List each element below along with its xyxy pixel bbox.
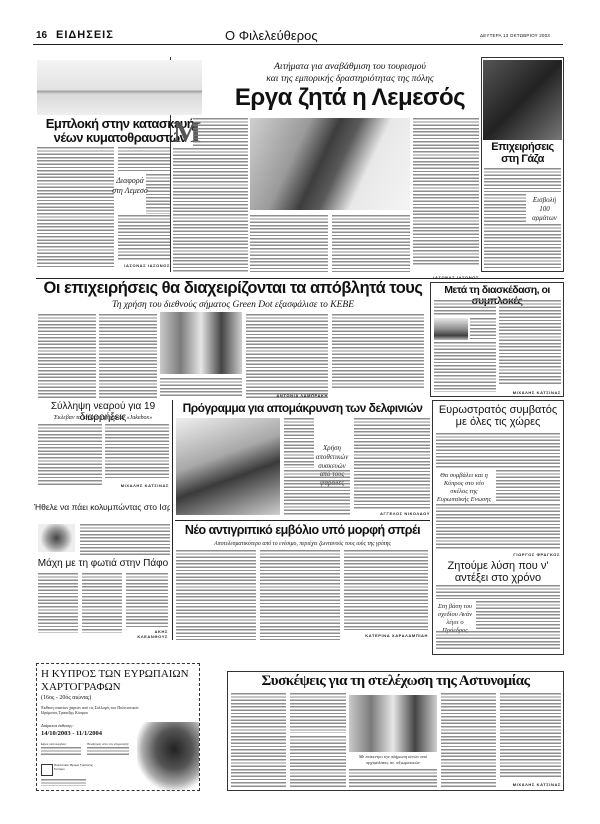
ad-title-line2: ΧΑΡΤΟΓΡΑΦΩΝ [41, 681, 121, 693]
byline-dolphins: ΑΓΓΕΛΟΣ ΝΙΚΟΛΑΟΥ [354, 511, 430, 516]
body-text-limassol-3 [250, 215, 328, 272]
body-text-brawl-1 [434, 300, 496, 316]
police-car-photo [434, 318, 468, 340]
body-text-fire-3 [126, 573, 168, 627]
body-text-waste-5 [332, 314, 424, 390]
kicker-limassol-1: Αιτήματα για αναβάθμιση του τουρισμού [200, 62, 500, 72]
body-text-waste-2 [99, 314, 157, 398]
subhead-waste: Τη χρήση του διεθνούς σήματος Green Dot … [38, 300, 428, 310]
body-text-brawl-2 [470, 318, 496, 340]
subhead-vaccine: Αποτελεσματικότερο από το ενέσιμο, περιέ… [175, 541, 430, 547]
body-text-fire-1 [38, 573, 78, 633]
body-text-euroarmy-3 [436, 504, 560, 550]
body-text-limassol-1 [193, 118, 248, 146]
headline-police: Συσκέψεις για τη στελέχωση της Αστυνομία… [229, 674, 562, 690]
kicker-limassol-2: και της εμπορικής δραστηριότητας της πόλ… [200, 74, 500, 84]
body-text-waste-3 [160, 378, 242, 398]
body-text-solution-2 [476, 601, 560, 629]
body-text-breakwaters [37, 147, 114, 267]
body-text-limassol-4 [332, 215, 410, 272]
body-text-dolphins-3 [354, 418, 430, 510]
masthead-rule [33, 44, 563, 45]
headline-dolphins: Πρόγραμμα για απομάκρυνση των δελφινιών [175, 402, 430, 415]
body-text-euroarmy-1 [436, 433, 560, 469]
body-text-police-2 [290, 693, 346, 733]
byline-waste: ΑΝΤΩΝΙΑ ΛΑΜΠΡΑΚΗ [246, 393, 328, 398]
waste-photo [160, 312, 242, 374]
ad-description: Έκθεση σπανίων χαρτών από τις Συλλογές τ… [41, 705, 156, 715]
ad-hours-label: Ώρες λειτουργίας: [41, 742, 67, 746]
ad-footer-text [41, 779, 86, 786]
body-text-euroarmy-2 [496, 470, 560, 502]
body-text-waste-1 [38, 314, 96, 398]
headline-solution: Ζητούμε λύση που ν' αντέξει στο χρόνο [434, 560, 562, 584]
body-text-breakwaters-3 [146, 174, 170, 214]
headline-waste: Οι επιχειρήσεις θα διαχειρίζονται τα από… [38, 280, 428, 297]
body-text-swimmer [80, 524, 170, 556]
divider-vaccine [175, 520, 430, 521]
antique-map-illustration [137, 722, 199, 790]
body-text-limassol-2 [173, 148, 248, 272]
body-text-limassol-5 [413, 118, 479, 266]
ad-title-line1: Η ΚΥΠΡΟΣ ΤΩΝ ΕΥΡΩΠΑΙΩΝ [41, 668, 189, 680]
headline-limassol: Εργα ζητά η Λεμεσός [200, 85, 500, 110]
body-text-vaccine-2 [260, 550, 340, 640]
byline-brawl: ΜΙΧΑΛΗΣ ΚΑΤΣΙΝΑΣ [499, 390, 561, 395]
ad-dates: 14/10/2003 - 11/1/2004 [41, 730, 102, 737]
byline-jukebox: ΜΙΧΑΛΗΣ ΚΑΤΣΙΝΑΣ [105, 483, 169, 488]
byline-police: ΜΙΧΑΛΗΣ ΚΑΤΣΙΝΑΣ [500, 782, 561, 787]
byline-euroarmy: ΓΙΩΡΓΟΣ ΦΡΑΓΚΟΣ [496, 552, 560, 557]
headline-vaccine: Νέο αντιγριπικό εμβόλιο υπό μορφή σπρέι [175, 524, 430, 537]
body-text-police-4 [349, 769, 437, 787]
headline-swimmer: Ήθελε να πάει κολυμπώντας στο Ισραήλ [34, 503, 170, 512]
divider-col-left [172, 400, 173, 640]
byline-fire: ΑΚΗΣ ΚΛΕΑΝΘΟΥΣ [126, 629, 168, 639]
dolphins-photo [176, 418, 280, 515]
subhead-jukebox: Έκλεβαν τα κέρματα μηχανών «Jukebox» [36, 415, 170, 421]
beach-photo [37, 60, 202, 115]
limassol-seafront-photo [250, 118, 410, 210]
body-text-gaza-2 [484, 194, 526, 222]
sponsor-logo-icon [41, 764, 53, 776]
body-text-brawl-3 [434, 342, 496, 392]
body-text-dolphins-1 [284, 418, 314, 468]
body-text-fire-2 [82, 573, 122, 633]
body-text-waste-4 [246, 314, 328, 398]
body-text-breakwaters-4 [118, 215, 170, 260]
body-text-vaccine-3 [344, 550, 428, 630]
body-text-solution-3 [436, 631, 560, 651]
headline-fire: Μάχη με τη φωτιά στην Πάφο [36, 558, 170, 569]
ad-sponsor: Πολιτιστικό Ίδρυμα Τραπέζης Κύπρου [54, 764, 94, 772]
section-name: ΕΙΔΗΣΕΙΣ [56, 29, 114, 41]
issue-date: ΔΕΥΤΕΡΑ 13 ΟΚΤΩΒΡΙΟΥ 2003 [480, 33, 550, 38]
newspaper-name: Ο Φιλελεύθερος [225, 28, 318, 43]
body-text-solution-1 [436, 585, 560, 599]
pullquote-euroarmy: Θα συμβάλει και η Κύπρος στο νέο σκέλος … [436, 472, 492, 505]
ad-duration-label: Διάρκεια έκθεσης: [41, 723, 74, 728]
swimmer-photo [38, 524, 75, 552]
body-text-jukebox-2 [105, 424, 169, 480]
body-text-gaza-1 [484, 168, 561, 192]
pullquote-breakwaters: Διαφορά στη Λεμεσό [110, 176, 150, 196]
body-text-police-3 [290, 736, 346, 787]
body-text-police-6 [500, 693, 561, 777]
body-text-breakwaters-2 [118, 147, 170, 171]
advertisement-cyprus-maps[interactable]: Η ΚΥΠΡΟΣ ΤΩΝ ΕΥΡΩΠΑΙΩΝ ΧΑΡΤΟΓΡΑΦΩΝ (16ος… [36, 663, 200, 791]
body-text-vaccine-1 [176, 550, 256, 640]
byline-breakwaters: ΙΑΣΟΝΑΣ ΙΑΣΟΝΟΣ [118, 263, 170, 268]
headline-gaza: Επιχειρήσεις στη Γάζα [483, 142, 562, 165]
pullquote-gaza: Εισβολή 100 αρμάτων [528, 196, 561, 222]
ad-period: (16ος - 20ός αιώνας) [41, 695, 91, 701]
body-text-jukebox-1 [38, 424, 102, 486]
page-number: 16 [36, 30, 47, 41]
body-text-police-5 [441, 693, 496, 787]
police-officials-photo [349, 695, 437, 752]
ad-tours-text [87, 747, 129, 755]
ad-hours-text [41, 747, 81, 755]
body-text-police-1 [231, 693, 286, 787]
body-text-gaza-3 [484, 224, 561, 268]
body-text-brawl-4 [499, 300, 561, 386]
headline-euroarmy: Ευρωστρατός συμβατός με όλες τις χώρες [434, 404, 562, 428]
body-text-dolphins-2 [284, 470, 350, 516]
ad-tours-label: Ξενάγηση από τον επιμελητή: [87, 742, 129, 746]
gaza-photo [483, 60, 562, 140]
byline-vaccine: ΚΑΤΕΡΙΝΑ ΧΑΡΑΛΑΜΠΙΔΗ [344, 633, 428, 638]
caption-police: Με επίκεντρο την πλήρωση κενών από αρχιφ… [349, 754, 437, 765]
